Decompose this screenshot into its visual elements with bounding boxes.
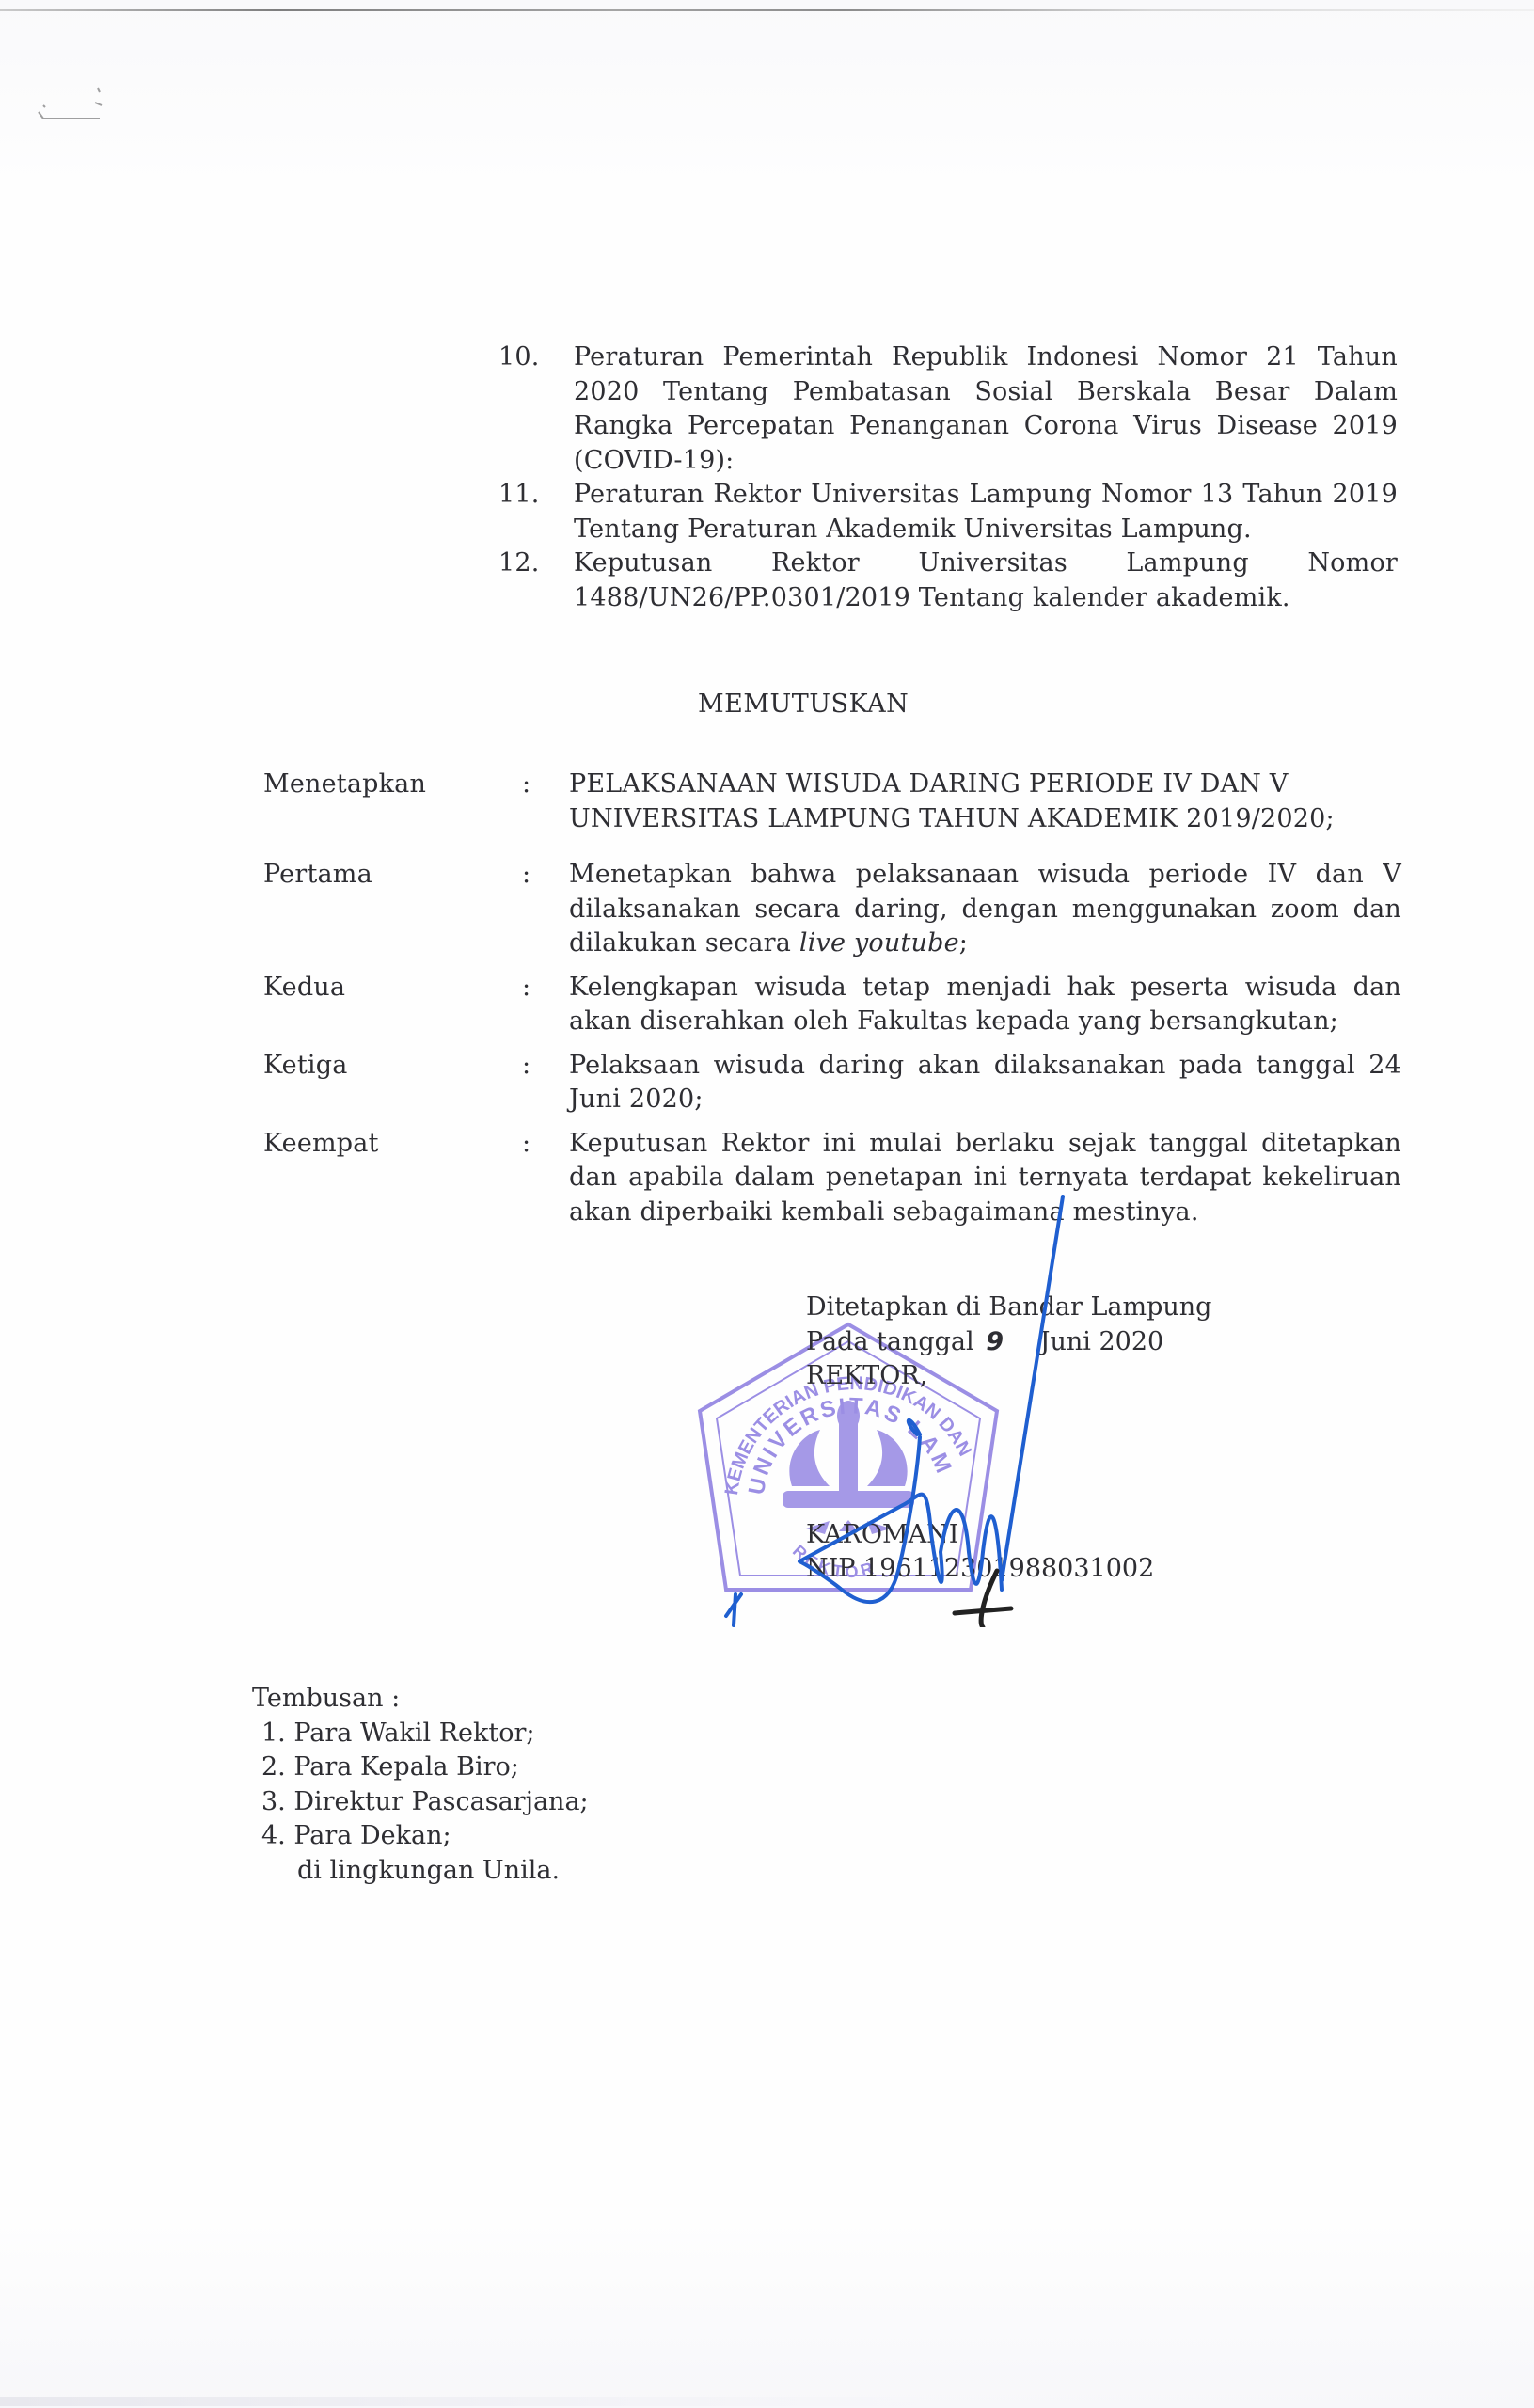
document-page: 10. Peraturan Pemerintah Republik Indone… [0,0,1534,2408]
decision-row: Pertama : Menetapkan bahwa pelaksanaan w… [263,858,1401,961]
decision-text: PELAKSANAAN WISUDA DARING PERIODE IV DAN… [569,768,1401,836]
decision-row: Ketiga : Pelaksaan wisuda daring akan di… [263,1049,1401,1117]
carbon-copy-item: 4. Para Dekan; [252,1819,589,1854]
carbon-copy-section: Tembusan : 1. Para Wakil Rektor; 2. Para… [252,1682,589,1888]
carbon-copy-item: 1. Para Wakil Rektor; [252,1717,589,1751]
scan-bottom-edge [0,2397,941,2406]
item-text: Peraturan Pemerintah Republik Indonesi N… [574,341,1398,478]
scan-top-edge [0,9,1534,11]
carbon-copy-title: Tembusan : [252,1682,589,1717]
decision-heading: MEMUTUSKAN [698,689,909,719]
item-text: Peraturan Rektor Universitas Lampung Nom… [574,478,1398,547]
decision-text: Kelengkapan wisuda tetap menjadi hak pes… [569,971,1401,1039]
carbon-copy-footer: di lingkungan Unila. [252,1854,589,1889]
decision-label: Kedua [263,971,522,1039]
staple-marks-icon [34,79,109,126]
consideration-item: 11. Peraturan Rektor Universitas Lampung… [498,478,1398,547]
decision-text: Menetapkan bahwa pelaksanaan wisuda peri… [569,858,1401,961]
decision-colon: : [522,971,569,1039]
decision-row: Kedua : Kelengkapan wisuda tetap menjadi… [263,971,1401,1039]
decision-colon: : [522,768,569,836]
decision-text-main: Menetapkan bahwa pelaksanaan wisuda peri… [569,860,1401,958]
consideration-item: 10. Peraturan Pemerintah Republik Indone… [498,341,1398,478]
decision-row: Menetapkan : PELAKSANAAN WISUDA DARING P… [263,768,1401,836]
decision-label: Menetapkan [263,768,522,836]
decision-label: Keempat [263,1127,522,1230]
decision-text-after: ; [959,928,968,958]
considerations-list: 10. Peraturan Pemerintah Republik Indone… [498,341,1398,615]
decision-text-italic: live youtube [799,928,959,958]
decision-colon: : [522,1049,569,1117]
carbon-copy-item: 3. Direktur Pascasarjana; [252,1785,589,1820]
consideration-item: 12. Keputusan Rektor Universitas Lampung… [498,547,1398,615]
decision-colon: : [522,1127,569,1230]
item-number: 10. [498,341,574,478]
handwritten-signature-icon [715,1195,1072,1627]
item-number: 11. [498,478,574,547]
decisions-table: Menetapkan : PELAKSANAAN WISUDA DARING P… [263,768,1401,1239]
carbon-copy-item: 2. Para Kepala Biro; [252,1751,589,1785]
decision-label: Ketiga [263,1049,522,1117]
item-number: 12. [498,547,574,615]
decision-label: Pertama [263,858,522,961]
decision-colon: : [522,858,569,961]
carbon-copy-list: 1. Para Wakil Rektor; 2. Para Kepala Bir… [252,1717,589,1854]
item-text: Keputusan Rektor Universitas Lampung Nom… [574,547,1398,615]
decision-text: Pelaksaan wisuda daring akan dilaksanaka… [569,1049,1401,1117]
